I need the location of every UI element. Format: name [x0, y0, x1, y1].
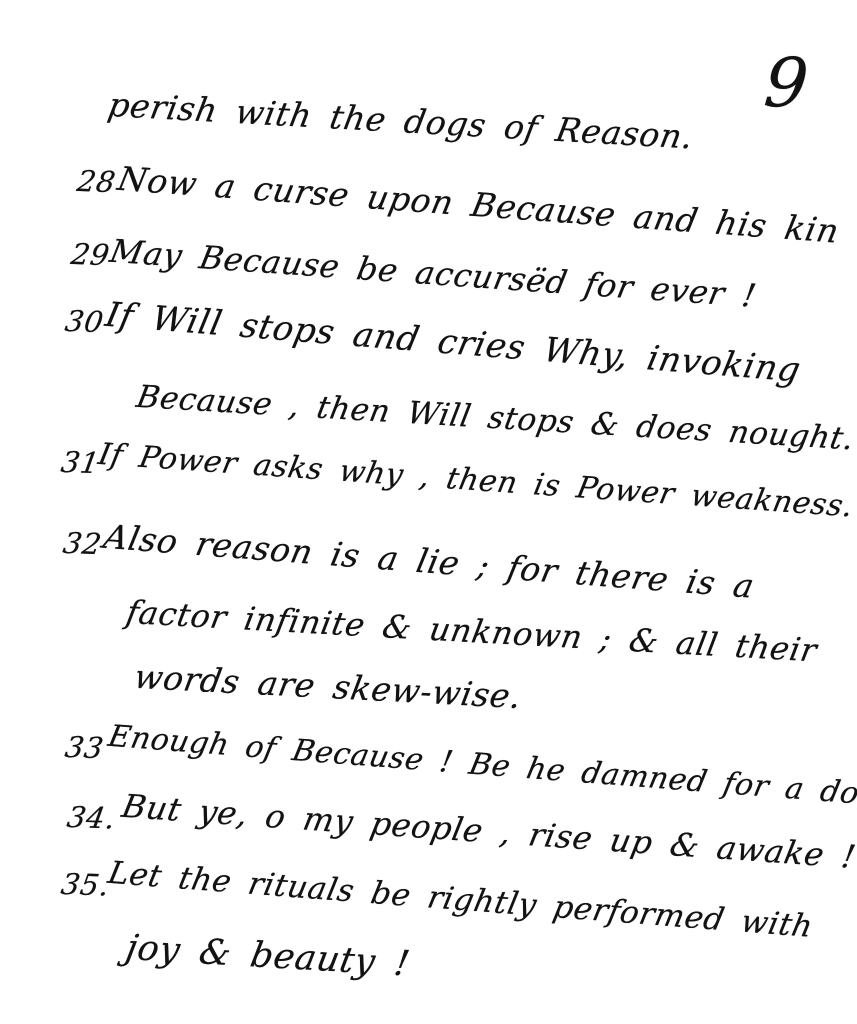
continuation-line: perish with the dogs of Reason. [105, 86, 696, 156]
manuscript-page: 9 perish with the dogs of Reason. 28 Now… [0, 0, 857, 1024]
verse-29-number: 29 [69, 238, 112, 273]
verse-35-line-2: joy & beauty ! [123, 928, 413, 985]
verse-32-line-2: factor infinite & unknown ; & all their [123, 594, 819, 669]
page-number: 9 [761, 44, 811, 124]
verse-32-line-1: Also reason is a lie ; for there is a [100, 518, 757, 605]
verse-33-number: 33 [63, 731, 106, 766]
verse-28-number: 28 [75, 165, 118, 200]
verse-30-number: 30 [63, 305, 106, 340]
verse-32-line-3: words are skew-wise. [131, 658, 524, 716]
verse-32-number: 32 [61, 527, 104, 562]
verse-34-number: 34. [65, 801, 118, 836]
verse-31-number: 31 [59, 446, 102, 481]
verse-35-number: 35. [59, 868, 112, 903]
